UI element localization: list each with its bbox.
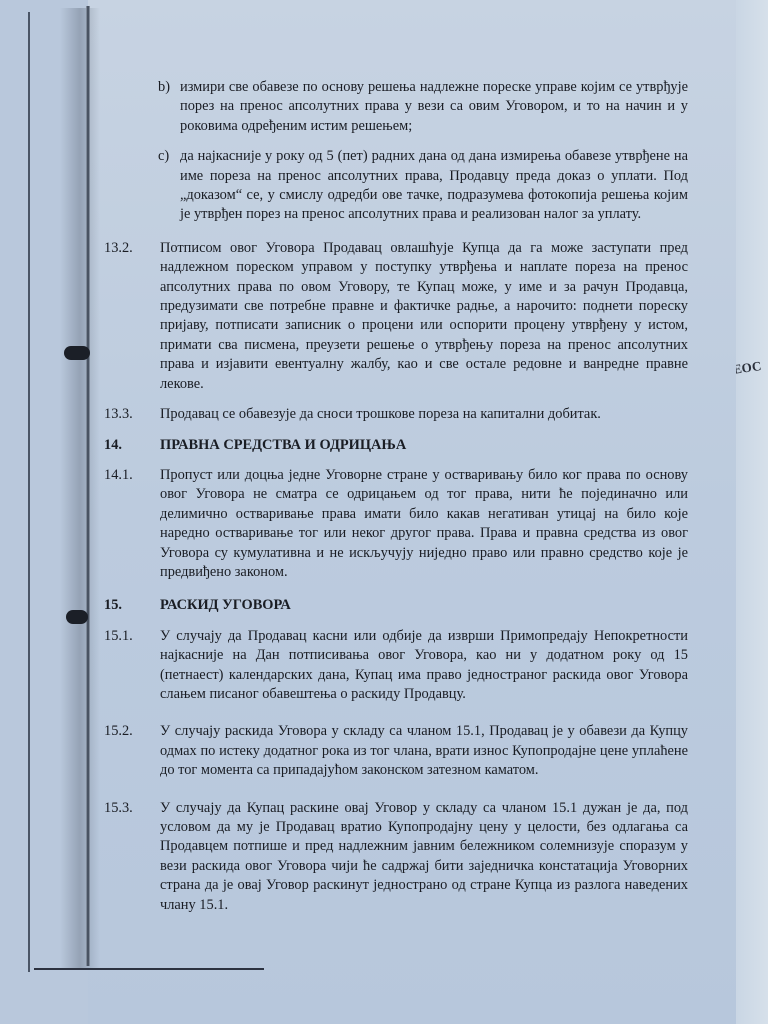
- clause-number: 15.2.: [104, 722, 160, 780]
- clause-text: Продавац се обавезује да сноси трошкове …: [160, 405, 688, 424]
- binder-spine: [86, 6, 90, 966]
- clause: 15.1. У случају да Продавац касни или од…: [104, 627, 688, 705]
- clause-text: Пропуст или доцња једне Уговорне стране …: [160, 466, 688, 582]
- binder-shadow: [60, 8, 100, 970]
- section-heading: 14. ПРАВНА СРЕДСТВА И ОДРИЦАЊА: [104, 436, 688, 455]
- item-label: c): [158, 147, 180, 225]
- item-label: b): [158, 78, 180, 136]
- clause: 15.3. У случају да Купац раскине овај Уг…: [104, 799, 688, 915]
- list-item: c) да најкасније у року од 5 (пет) радни…: [158, 147, 688, 225]
- clause-text: Потписом овог Уговора Продавац овлашћује…: [160, 239, 688, 394]
- clause-number: 13.2.: [104, 239, 160, 394]
- clause-number: 14.1.: [104, 466, 160, 582]
- section-title: РАСКИД УГОВОРА: [160, 596, 688, 615]
- section-number: 15.: [104, 596, 160, 615]
- item-text: измири све обавезе по основу решења надл…: [180, 78, 688, 136]
- section-number: 14.: [104, 436, 160, 455]
- clause-text: У случају раскида Уговора у складу са чл…: [160, 722, 688, 780]
- section-heading: 15. РАСКИД УГОВОРА: [104, 596, 688, 615]
- clause-number: 15.1.: [104, 627, 160, 705]
- clause: 14.1. Пропуст или доцња једне Уговорне с…: [104, 466, 688, 582]
- binder-edge-line: [28, 12, 30, 972]
- clause: 13.2. Потписом овог Уговора Продавац овл…: [104, 239, 688, 394]
- clause-number: 13.3.: [104, 405, 160, 424]
- list-item: b) измири све обавезе по основу решења н…: [158, 78, 688, 136]
- contract-text: b) измири све обавезе по основу решења н…: [104, 78, 688, 926]
- binder-bottom-edge: [34, 968, 264, 970]
- item-text: да најкасније у року од 5 (пет) радних д…: [180, 147, 688, 225]
- clause-text: У случају да Продавац касни или одбије д…: [160, 627, 688, 705]
- binder-ring-icon: [66, 610, 88, 624]
- clause: 15.2. У случају раскида Уговора у складу…: [104, 722, 688, 780]
- binder-ring-icon: [64, 346, 90, 360]
- clause-text: У случају да Купац раскине овај Уговор у…: [160, 799, 688, 915]
- clause-number: 15.3.: [104, 799, 160, 915]
- clause: 13.3. Продавац се обавезује да сноси тро…: [104, 405, 688, 424]
- section-title: ПРАВНА СРЕДСТВА И ОДРИЦАЊА: [160, 436, 688, 455]
